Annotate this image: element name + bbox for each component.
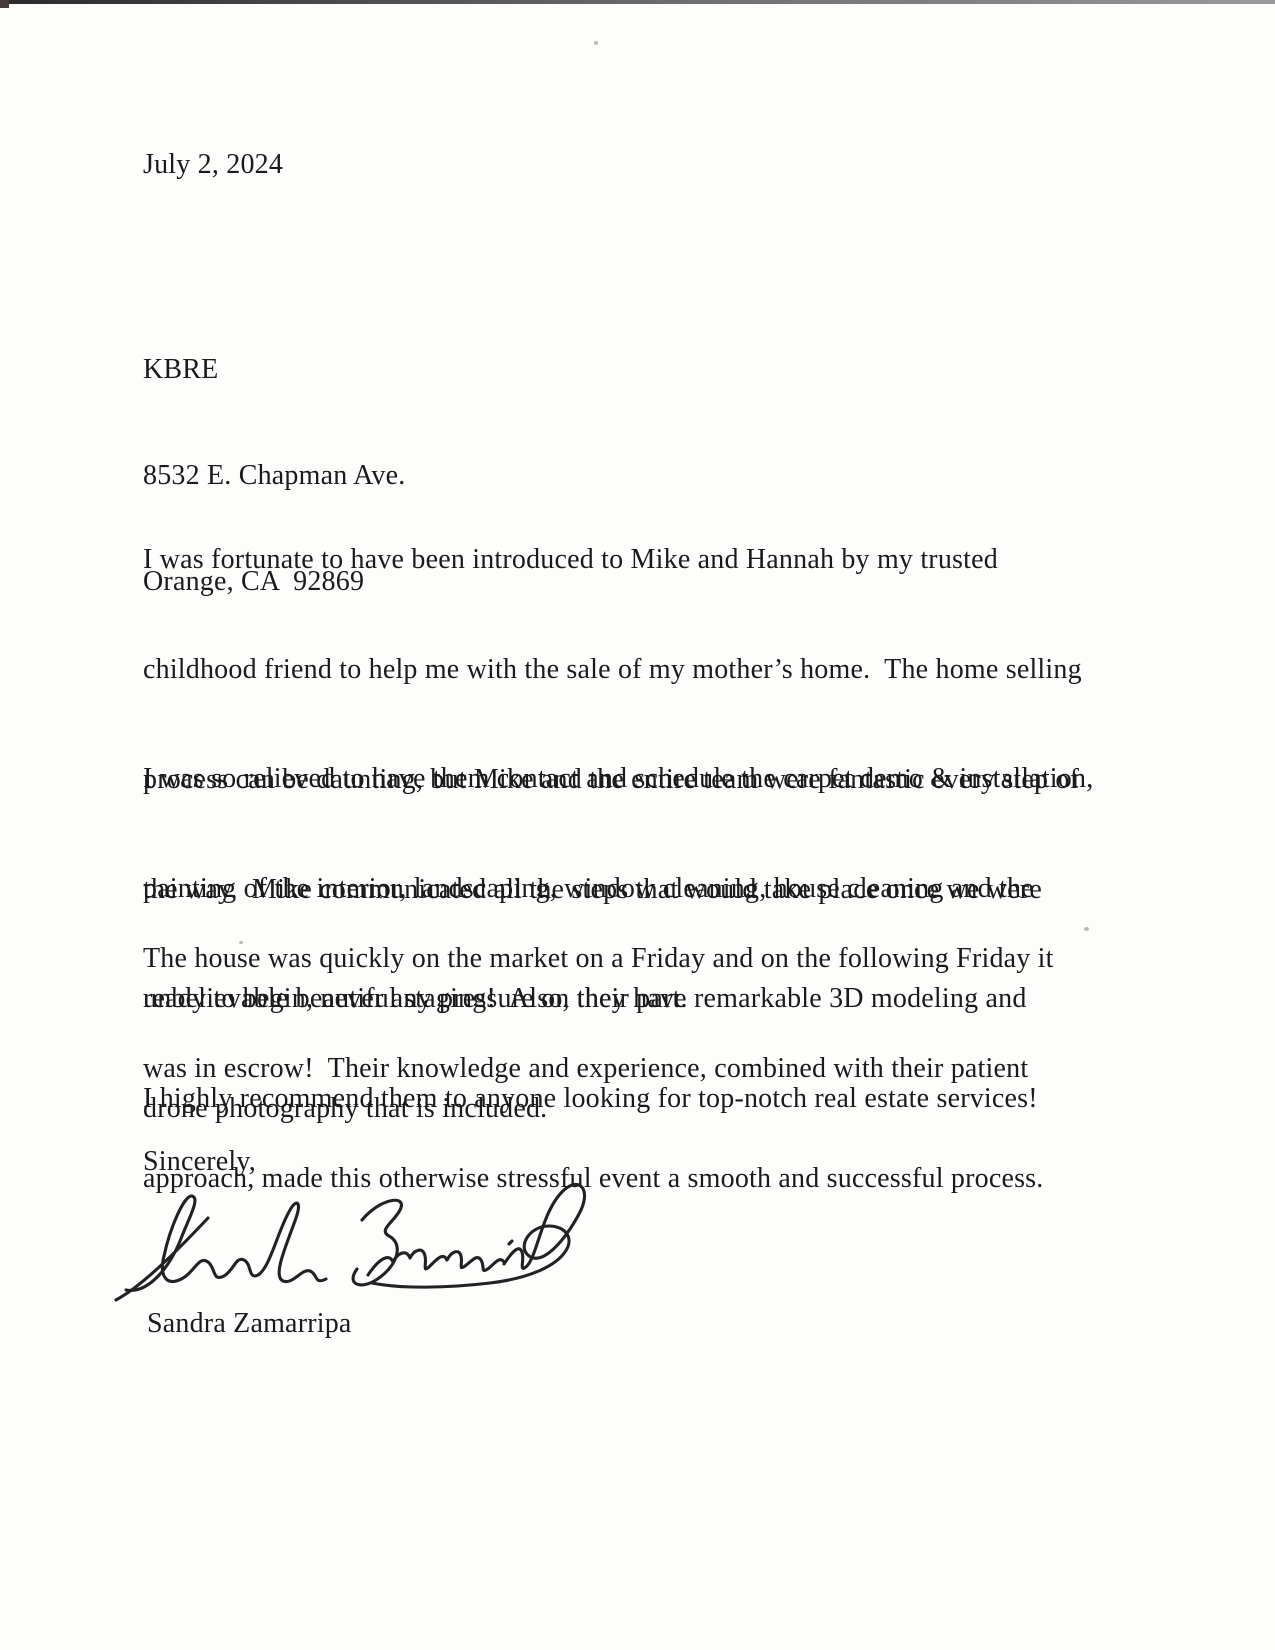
scanner-corner-artifact bbox=[0, 0, 9, 8]
body-line: The house was quickly on the market on a… bbox=[143, 941, 1054, 978]
body-line: I was so relieved to have them contact a… bbox=[143, 761, 1093, 798]
recipient-name: KBRE bbox=[143, 353, 405, 390]
letter-date: July 2, 2024 bbox=[143, 147, 283, 184]
body-line: I highly recommend them to anyone lookin… bbox=[143, 1081, 1038, 1118]
scan-speck bbox=[594, 41, 598, 45]
body-paragraph-4: I highly recommend them to anyone lookin… bbox=[143, 1008, 1038, 1154]
body-line: childhood friend to help me with the sal… bbox=[143, 652, 1082, 689]
body-line: I was fortunate to have been introduced … bbox=[143, 542, 1082, 579]
scanner-edge-artifact bbox=[0, 0, 1275, 4]
scanned-letter-page: { "letter": { "date": "July 2, 2024", "r… bbox=[0, 0, 1275, 1650]
handwritten-signature bbox=[112, 1168, 592, 1318]
signature-ink-strokes bbox=[112, 1168, 592, 1318]
sender-typed-name: Sandra Zamarripa bbox=[147, 1306, 352, 1343]
